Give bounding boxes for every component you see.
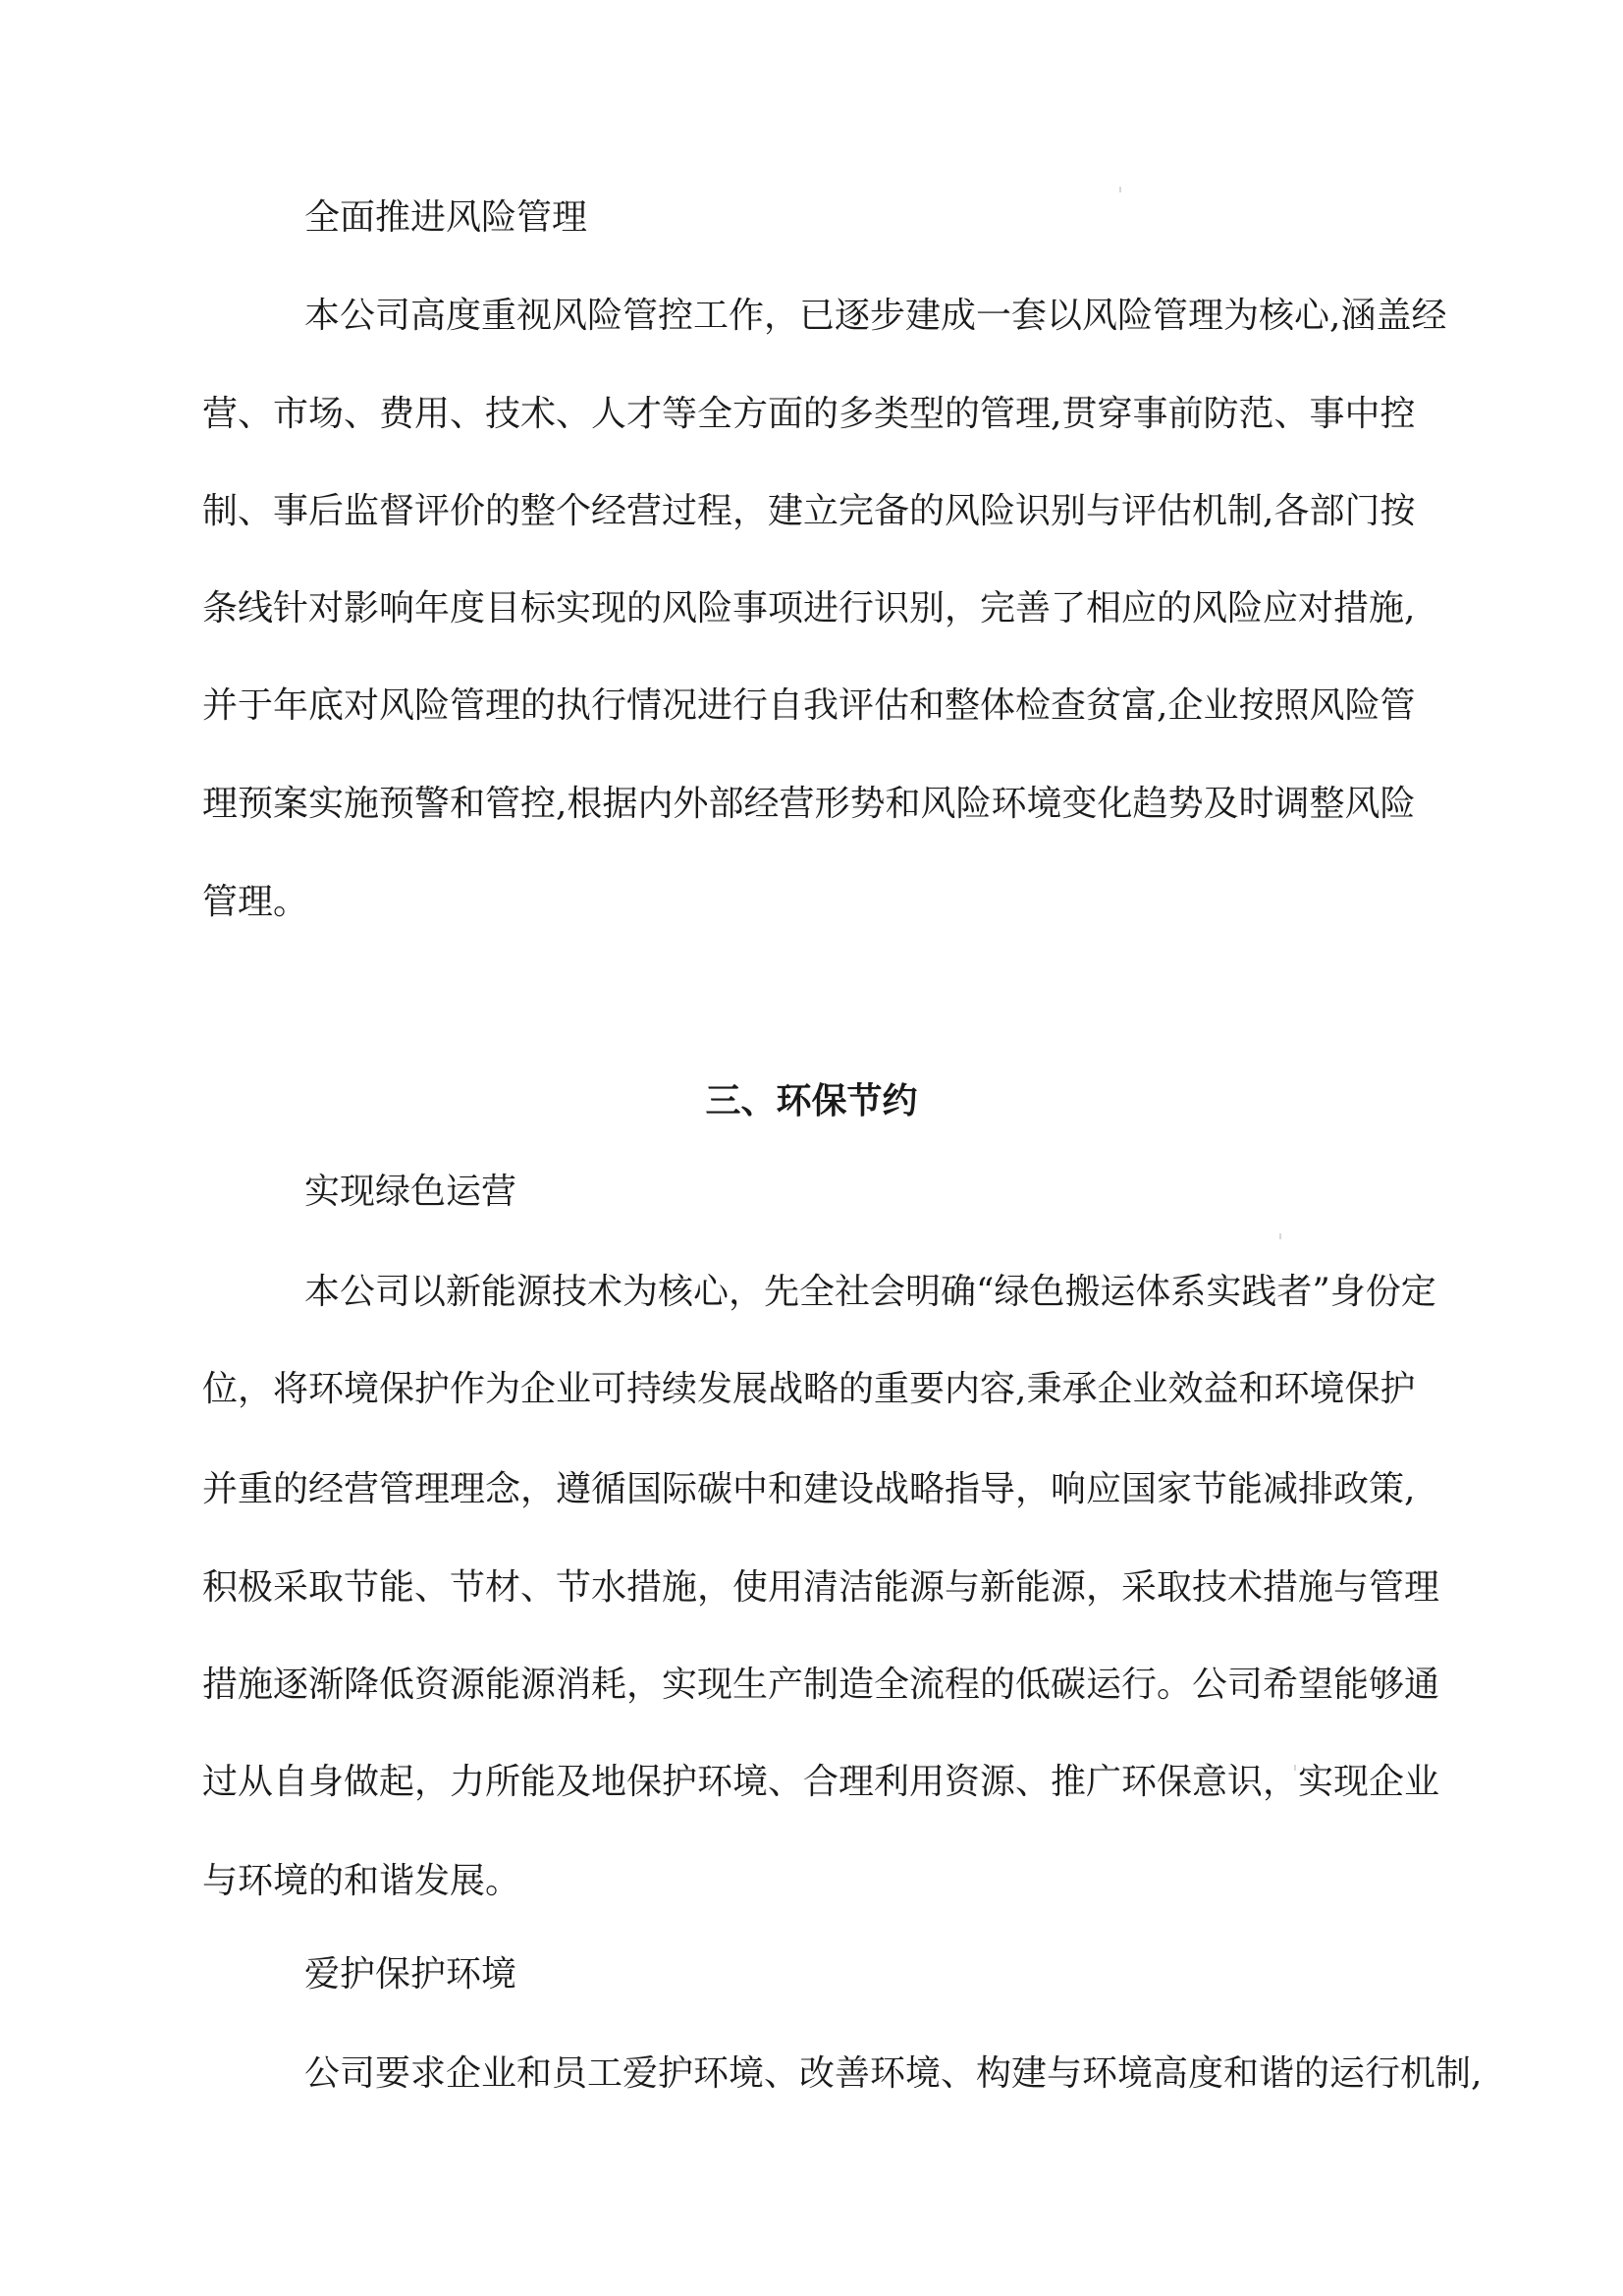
paragraph-line: 并重的经营管理理念，遵循国际碳中和建设战略指导，响应国家节能减排政策,	[202, 1468, 1384, 1511]
scan-speck	[1294, 1765, 1296, 1771]
paragraph-line: 过从自身做起，力所能及地保护环境、合理利用资源、推广环保意识，实现企业	[202, 1761, 1384, 1804]
scan-speck	[1119, 187, 1121, 192]
subtitle-green-operation: 实现绿色运营	[304, 1171, 1384, 1214]
section-heading: 三、环保节约	[0, 1079, 1623, 1122]
scan-speck	[1279, 1233, 1281, 1239]
paragraph-line: 措施逐渐降低资源能源消耗，实现生产制造全流程的低碳运行。公司希望能够通	[202, 1664, 1384, 1707]
paragraph-line: 并于年底对风险管理的执行情况进行自我评估和整体检查贫富,企业按照风险管	[202, 684, 1384, 728]
paragraph-line: 与环境的和谐发展。	[202, 1860, 1384, 1903]
paragraph-line: 积极采取节能、节材、节水措施，使用清洁能源与新能源，采取技术措施与管理	[202, 1566, 1384, 1610]
paragraph-line: 理预案实施预警和管控,根据内外部经营形势和风险环境变化趋势及时调整风险	[202, 783, 1384, 826]
paragraph-line: 管理。	[202, 881, 1384, 924]
paragraph-line: 制、事后监督评价的整个经营过程，建立完备的风险识别与评估机制,各部门按	[202, 490, 1384, 533]
paragraph-line: 位，将环境保护作为企业可持续发展战略的重要内容,秉承企业效益和环境保护	[202, 1368, 1384, 1411]
paragraph-line: 本公司高度重视风险管控工作，已逐步建成一套以风险管理为核心,涵盖经	[304, 295, 1384, 338]
paragraph-line: 本公司以新能源技术为核心，先全社会明确“绿色搬运体系实践者”身份定	[304, 1271, 1384, 1314]
paragraph-line: 公司要求企业和员工爱护环境、改善环境、构建与环境高度和谐的运行机制,	[304, 2052, 1384, 2096]
paragraph-line: 条线针对影响年度目标实现的风险事项进行识别，完善了相应的风险应对措施,	[202, 587, 1384, 630]
subtitle-protect-environment: 爱护保护环境	[304, 1953, 1384, 1996]
paragraph-line: 营、市场、费用、技术、人才等全方面的多类型的管理,贯穿事前防范、事中控	[202, 393, 1384, 436]
subtitle-risk-management: 全面推进风险管理	[304, 196, 1384, 240]
